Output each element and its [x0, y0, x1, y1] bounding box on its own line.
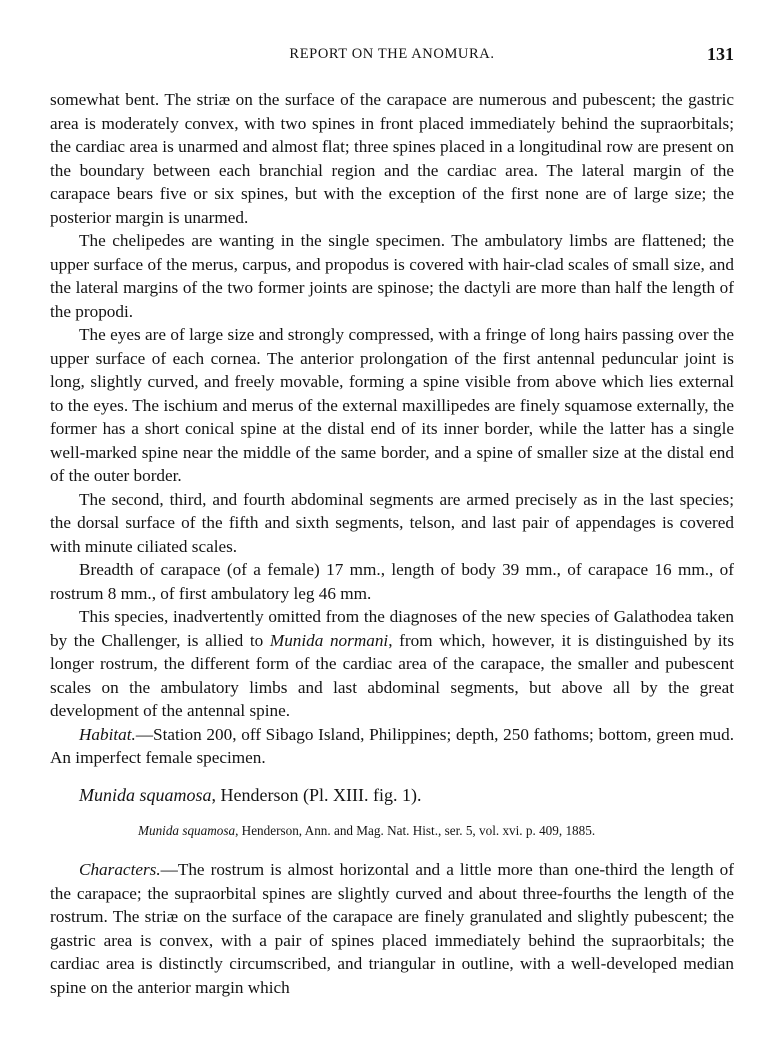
paragraph-eyes: The eyes are of large size and strongly …	[50, 323, 734, 488]
species-heading: Munida squamosa, Henderson (Pl. XIII. fi…	[79, 785, 421, 806]
citation-species-name: Munida squamosa	[138, 823, 235, 838]
paragraph-chelipedes: The chelipedes are wanting in the single…	[50, 229, 734, 323]
characters-text: —The rostrum is almost horizontal and a …	[50, 860, 734, 997]
citation-rest: , Henderson, Ann. and Mag. Nat. Hist., s…	[235, 823, 595, 838]
species-name-normani: Munida normani	[270, 631, 388, 650]
paragraph-characters: Characters.—The rostrum is almost horizo…	[50, 858, 734, 999]
section-munida-squamosa: Characters.—The rostrum is almost horizo…	[50, 858, 734, 999]
paragraph-habitat: Habitat.—Station 200, off Sibago Island,…	[50, 723, 734, 770]
habitat-text: —Station 200, off Sibago Island, Philipp…	[50, 725, 734, 768]
section-munida-continued: somewhat bent. The striæ on the surface …	[50, 88, 734, 770]
paragraph-carapace: somewhat bent. The striæ on the surface …	[50, 88, 734, 229]
running-head: REPORT ON THE ANOMURA. 131	[50, 44, 734, 66]
habitat-label: Habitat.	[79, 725, 136, 744]
characters-label: Characters.	[79, 860, 161, 879]
document-page: REPORT ON THE ANOMURA. 131 somewhat bent…	[0, 0, 776, 1050]
running-title: REPORT ON THE ANOMURA.	[50, 46, 734, 63]
species-heading-name: Munida squamosa	[79, 785, 212, 805]
paragraph-measurements: Breadth of carapace (of a female) 17 mm.…	[50, 558, 734, 605]
paragraph-abdominal: The second, third, and fourth abdominal …	[50, 488, 734, 559]
paragraph-comparison: This species, inadvertently omitted from…	[50, 605, 734, 723]
page-number: 131	[707, 44, 734, 65]
species-heading-rest: , Henderson (Pl. XIII. fig. 1).	[212, 785, 422, 805]
species-citation: Munida squamosa, Henderson, Ann. and Mag…	[138, 823, 595, 839]
